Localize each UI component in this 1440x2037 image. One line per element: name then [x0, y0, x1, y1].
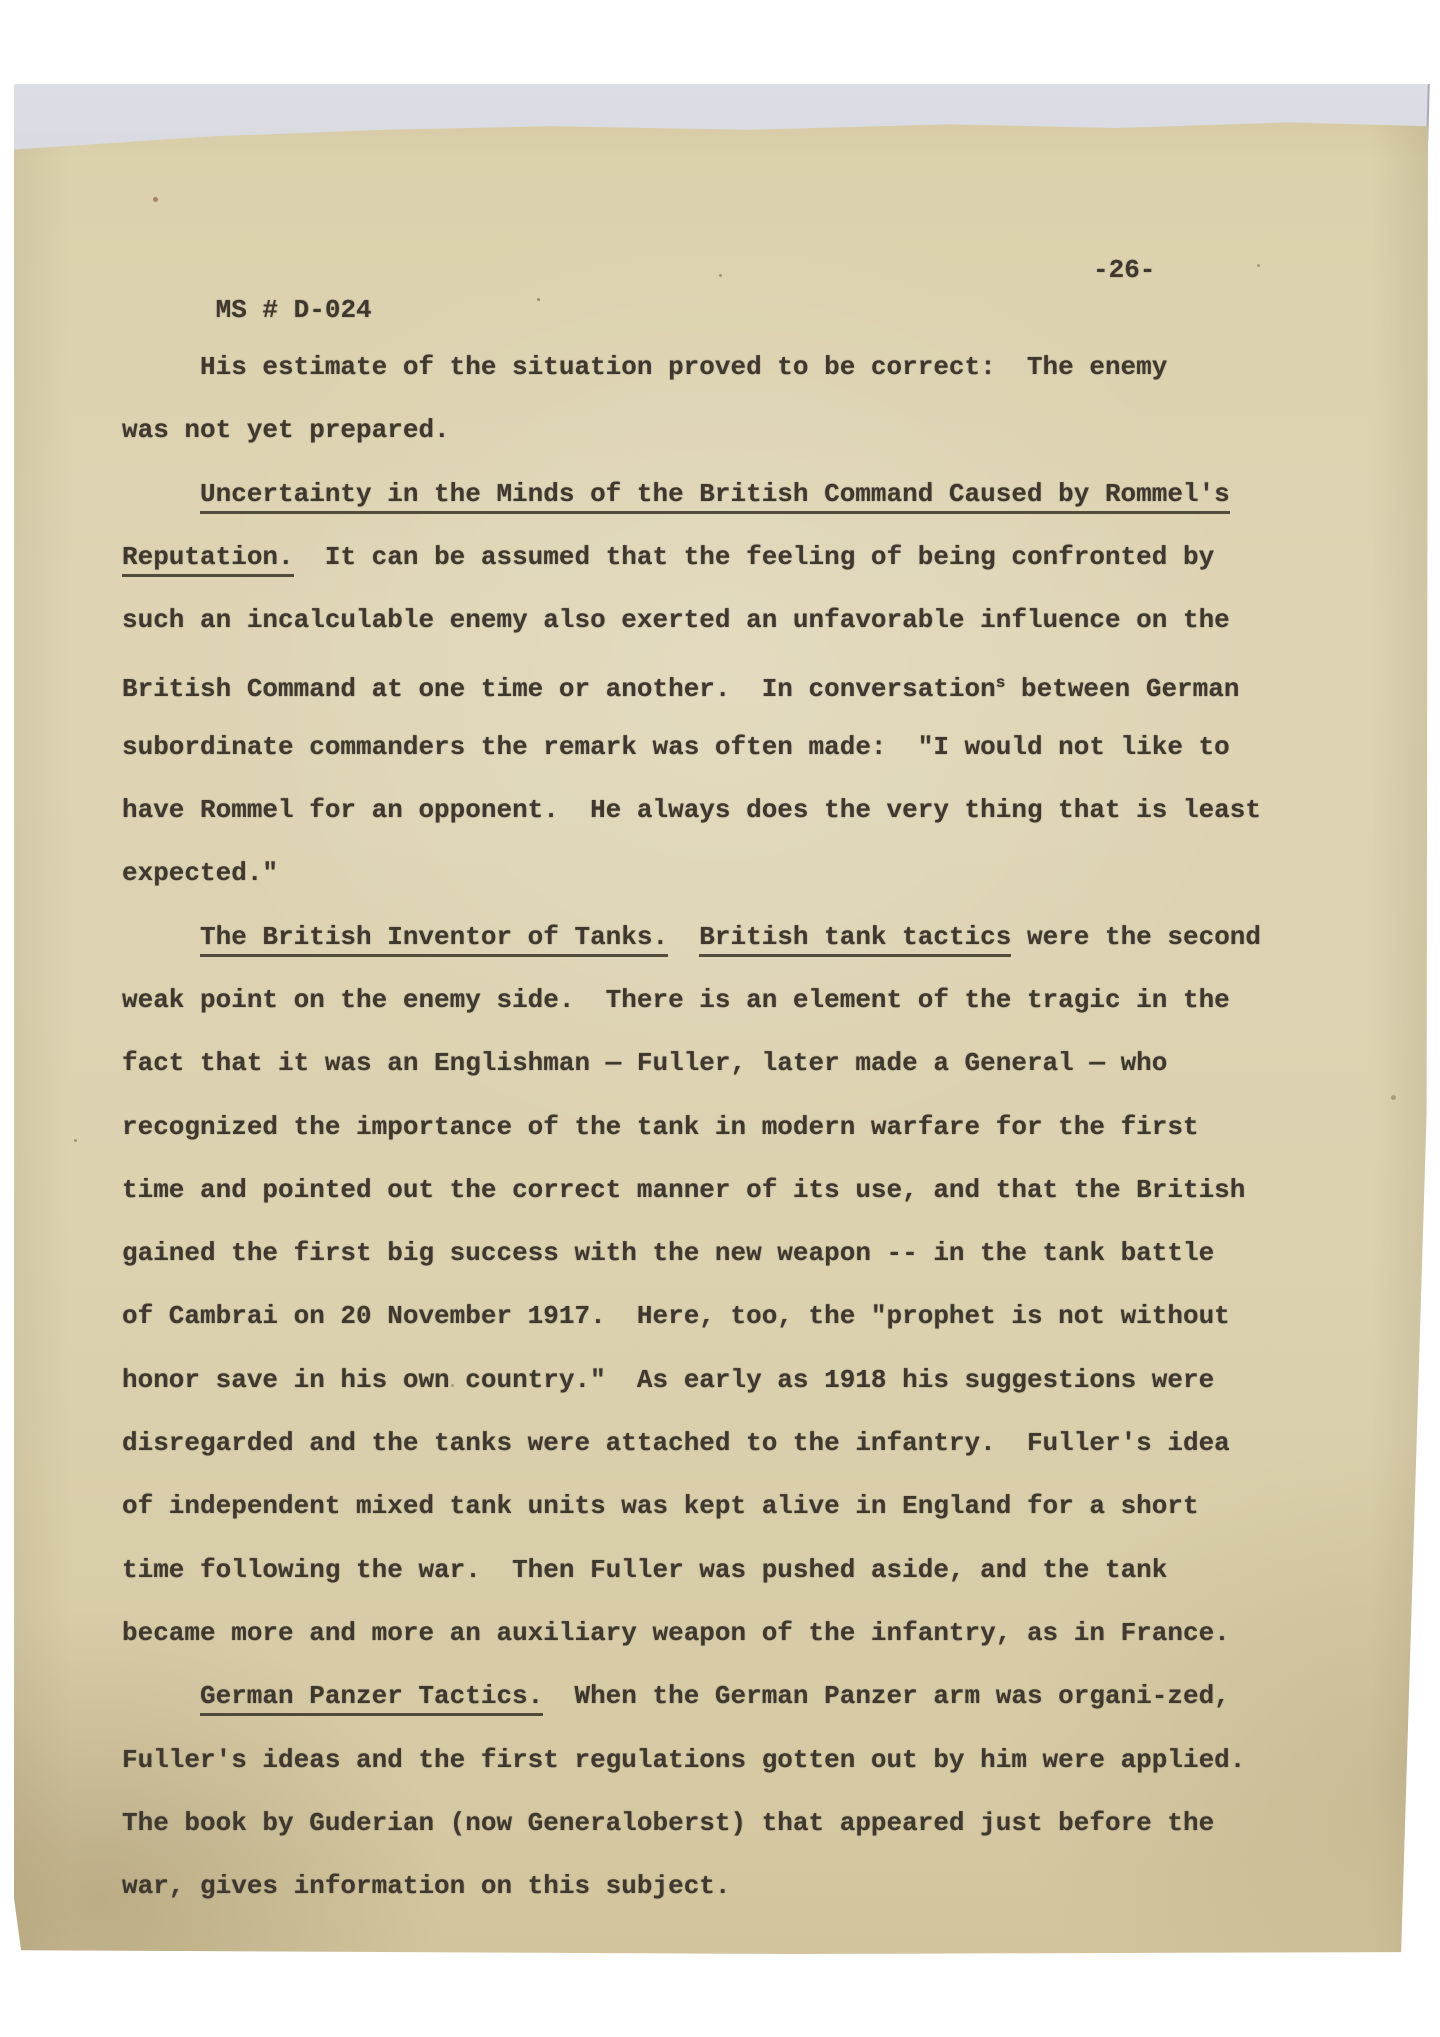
text-line: The book by Guderian (now Generaloberst)…	[122, 1792, 1382, 1855]
text-line: The British Inventor of Tanks. British t…	[122, 906, 1382, 969]
scanned-page: MS # D-024 -26- His estimate of the situ…	[0, 0, 1440, 2037]
typed-text: became more and more an auxiliary weapon…	[122, 1618, 1230, 1648]
text-line: was not yet prepared.	[122, 399, 1382, 462]
typed-text: have Rommel for an opponent. He always d…	[122, 795, 1261, 825]
underlined-heading-text: The British Inventor of Tanks.	[200, 922, 668, 957]
typed-text: recognized the importance of the tank in…	[122, 1112, 1199, 1142]
text-line: Reputation. It can be assumed that the f…	[122, 526, 1382, 589]
text-line: recognized the importance of the tank in…	[122, 1096, 1382, 1159]
typed-text: war, gives information on this subject.	[122, 1871, 731, 1901]
text-line: time and pointed out the correct manner …	[122, 1159, 1382, 1222]
typed-text: When the German Panzer arm was organi-ze…	[543, 1681, 1230, 1711]
text-line: His estimate of the situation proved to …	[122, 336, 1382, 399]
typed-text: expected."	[122, 858, 278, 888]
typed-text: weak point on the enemy side. There is a…	[122, 985, 1230, 1015]
typed-text: It can be assumed that the feeling of be…	[294, 542, 1215, 572]
underlined-heading-text: German Panzer Tactics.	[200, 1681, 543, 1716]
text-line: German Panzer Tactics. When the German P…	[122, 1665, 1382, 1728]
typewritten-page: MS # D-024 -26- His estimate of the situ…	[14, 86, 1428, 1954]
typed-text: were the second	[1011, 922, 1261, 952]
text-line: became more and more an auxiliary weapon…	[122, 1602, 1382, 1665]
text-line: of independent mixed tank units was kept…	[122, 1475, 1382, 1538]
typed-text: subordinate commanders the remark was of…	[122, 732, 1230, 762]
text-line: subordinate commanders the remark was of…	[122, 716, 1382, 779]
typed-text: s	[996, 674, 1006, 692]
underlined-heading-text: Reputation.	[122, 542, 294, 577]
typed-text: honor save in his own country." As early…	[122, 1365, 1214, 1395]
text-line: time following the war. Then Fuller was …	[122, 1539, 1382, 1602]
typed-text: between German	[1005, 674, 1239, 704]
manuscript-id: MS # D-024	[216, 295, 372, 325]
typed-text: Fuller's ideas and the first regulations…	[122, 1745, 1245, 1775]
typed-text: The book by Guderian (now Generaloberst)…	[122, 1808, 1214, 1838]
typed-text: disregarded and the tanks were attached …	[122, 1428, 1230, 1458]
text-line: expected."	[122, 842, 1382, 905]
typed-text: time following the war. Then Fuller was …	[122, 1555, 1167, 1585]
typed-text: fact that it was an Englishman — Fuller,…	[122, 1048, 1167, 1078]
typed-text: British Command at one time or another. …	[122, 674, 996, 704]
underlined-heading-text: Uncertainty in the Minds of the British …	[200, 479, 1230, 514]
text-line: honor save in his own country." As early…	[122, 1349, 1382, 1412]
text-line: fact that it was an Englishman — Fuller,…	[122, 1032, 1382, 1095]
text-line: Uncertainty in the Minds of the British …	[122, 463, 1382, 526]
underlined-heading-text: British tank tactics	[699, 922, 1011, 957]
typed-text: time and pointed out the correct manner …	[122, 1175, 1245, 1205]
typed-text: of independent mixed tank units was kept…	[122, 1491, 1199, 1521]
text-line: Fuller's ideas and the first regulations…	[122, 1729, 1382, 1792]
page-number: -26-	[1093, 250, 1155, 290]
text-line: weak point on the enemy side. There is a…	[122, 969, 1382, 1032]
text-line: disregarded and the tanks were attached …	[122, 1412, 1382, 1475]
text-line: gained the first big success with the ne…	[122, 1222, 1382, 1285]
typed-text	[668, 922, 699, 952]
typed-text: was not yet prepared.	[122, 415, 450, 445]
typed-text: such an incalculable enemy also exerted …	[122, 605, 1230, 635]
text-line: British Command at one time or another. …	[122, 652, 1382, 715]
page-header: MS # D-024 -26-	[122, 250, 1302, 290]
text-line: war, gives information on this subject.	[122, 1855, 1382, 1918]
typed-text: His estimate of the situation proved to …	[200, 352, 1167, 382]
text-line: of Cambrai on 20 November 1917. Here, to…	[122, 1285, 1382, 1348]
typed-text: gained the first big success with the ne…	[122, 1238, 1214, 1268]
typed-lines: His estimate of the situation proved to …	[122, 336, 1382, 1918]
typed-text: of Cambrai on 20 November 1917. Here, to…	[122, 1301, 1230, 1331]
text-line: have Rommel for an opponent. He always d…	[122, 779, 1382, 842]
text-line: such an incalculable enemy also exerted …	[122, 589, 1382, 652]
